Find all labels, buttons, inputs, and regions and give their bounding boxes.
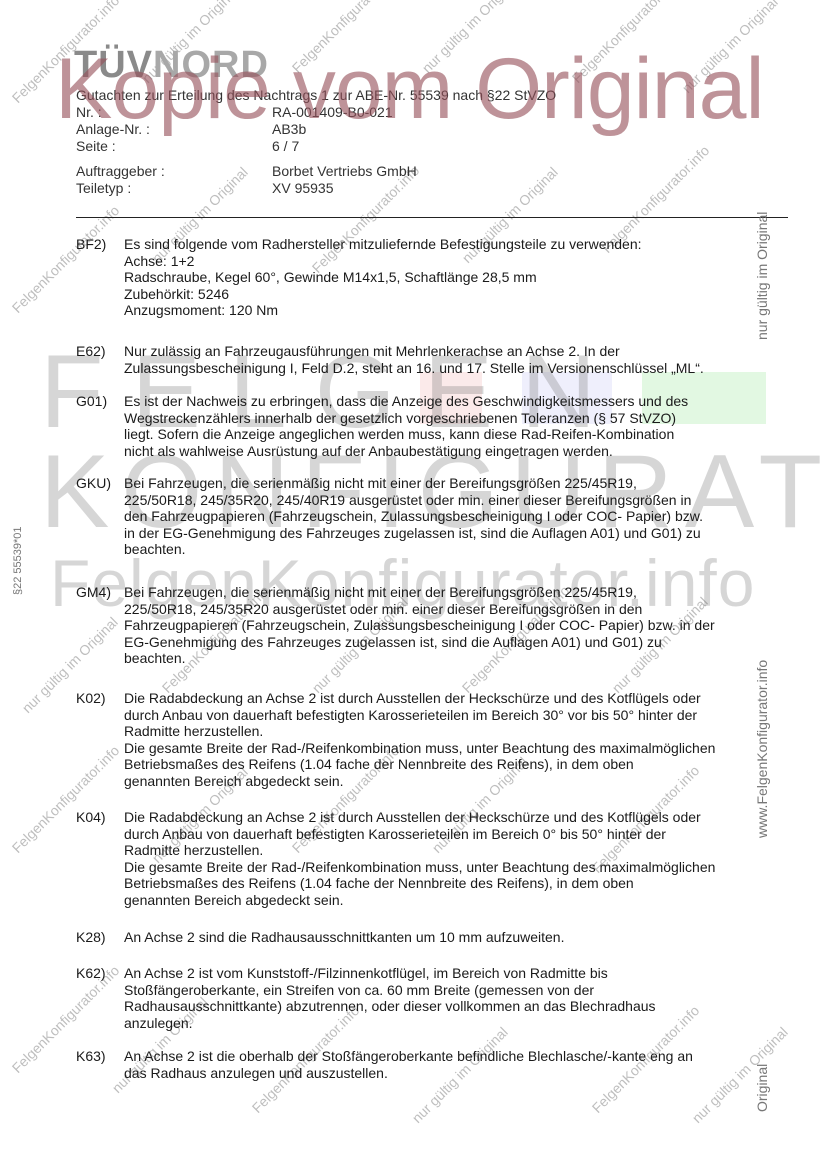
- condition-code: G01): [76, 393, 107, 410]
- condition-line: Zulassungsbescheinigung I, Feld D.2, ste…: [124, 360, 792, 377]
- condition-text: Es sind folgende vom Radhersteller mitzu…: [124, 236, 792, 319]
- condition-line: liegt. Sofern die Anzeige angeglichen we…: [124, 426, 792, 443]
- condition-line: An Achse 2 ist vom Kunststoff-/Filzinnen…: [124, 965, 792, 982]
- condition-text: An Achse 2 ist die oberhalb der Stoßfäng…: [124, 1048, 792, 1081]
- condition-line: den Fahrzeugpapieren (Fahrzeugschein, Zu…: [124, 508, 792, 525]
- condition-line: Die gesamte Breite der Rad-/Reifenkombin…: [124, 859, 792, 876]
- condition-code: K63): [76, 1048, 106, 1065]
- condition-line: Zubehörkit: 5246: [124, 286, 792, 303]
- condition-line: genannten Bereich abgedeckt sein.: [124, 892, 792, 909]
- side-text-mid: www.FelgenKonfigurator.info: [754, 660, 770, 838]
- condition-line: Die Radabdeckung an Achse 2 ist durch Au…: [124, 809, 792, 826]
- condition-line: Betriebsmaßes des Reifens (1.04 fache de…: [124, 756, 792, 773]
- side-reference-text: §22 55539*01: [12, 526, 24, 595]
- condition-line: Radmitte herzustellen.: [124, 723, 792, 740]
- condition-line: Radhausausschnittkante) abzutrennen, ode…: [124, 998, 792, 1015]
- condition-line: Es ist der Nachweis zu erbringen, dass d…: [124, 393, 792, 410]
- condition-code: GM4): [76, 584, 111, 601]
- condition-line: durch Anbau von dauerhaft befestigten Ka…: [124, 826, 792, 843]
- condition-line: Anzugsmoment: 120 Nm: [124, 302, 792, 319]
- condition-line: Betriebsmaßes des Reifens (1.04 fache de…: [124, 875, 792, 892]
- condition-line: Bei Fahrzeugen, die serienmäßig nicht mi…: [124, 584, 792, 601]
- field-value: Borbet Vertriebs GmbH: [272, 163, 417, 179]
- condition-line: Es sind folgende vom Radhersteller mitzu…: [124, 236, 792, 253]
- condition-line: Radmitte herzustellen.: [124, 842, 792, 859]
- condition-text: An Achse 2 sind die Radhausausschnittkan…: [124, 929, 792, 946]
- condition-text: Bei Fahrzeugen, die serienmäßig nicht mi…: [124, 584, 792, 667]
- condition-line: Radschraube, Kegel 60°, Gewinde M14x1,5,…: [124, 269, 792, 286]
- condition-item: E62)Nur zulässig an Fahrzeugausführungen…: [76, 343, 792, 376]
- watermark-stamp: Kopie vom Original: [55, 46, 764, 132]
- condition-item: K02)Die Radabdeckung an Achse 2 ist durc…: [76, 690, 792, 790]
- document-page: FELGEN KONFIGURATOR FelgenKonfigurator.i…: [0, 0, 827, 1169]
- condition-line: anzulegen.: [124, 1015, 792, 1032]
- condition-line: Die Radabdeckung an Achse 2 ist durch Au…: [124, 690, 792, 707]
- condition-code: K28): [76, 929, 106, 946]
- condition-line: in der EG-Genehmigung des Fahrzeuges zug…: [124, 525, 792, 542]
- field-value: XV 95935: [272, 180, 334, 196]
- side-text-bottom: Original: [754, 1064, 770, 1112]
- condition-line: Fahrzeugpapieren (Fahrzeugschein, Zulass…: [124, 617, 792, 634]
- condition-item: K62)An Achse 2 ist vom Kunststoff-/Filzi…: [76, 965, 792, 1031]
- condition-line: An Achse 2 ist die oberhalb der Stoßfäng…: [124, 1048, 792, 1065]
- condition-item: G01)Es ist der Nachweis zu erbringen, da…: [76, 393, 792, 459]
- condition-line: durch Anbau von dauerhaft befestigten Ka…: [124, 707, 792, 724]
- condition-line: EG-Genehmigung des Fahrzeuges zugelassen…: [124, 634, 792, 651]
- condition-line: Achse: 1+2: [124, 253, 792, 270]
- condition-item: K28)An Achse 2 sind die Radhausausschnit…: [76, 929, 792, 946]
- condition-line: Stoßfängeroberkante, ein Streifen von ca…: [124, 982, 792, 999]
- field-label: Auftraggeber :: [76, 163, 165, 179]
- condition-line: Wegstreckenzählers innerhalb der gesetzl…: [124, 410, 792, 427]
- condition-code: BF2): [76, 236, 106, 253]
- condition-line: Bei Fahrzeugen, die serienmäßig nicht mi…: [124, 475, 792, 492]
- condition-item: K63)An Achse 2 ist die oberhalb der Stoß…: [76, 1048, 792, 1081]
- condition-line: das Radhaus anzulegen und auszustellen.: [124, 1065, 792, 1082]
- field-value: 6 / 7: [272, 138, 299, 154]
- condition-line: beachten.: [124, 650, 792, 667]
- condition-text: An Achse 2 ist vom Kunststoff-/Filzinnen…: [124, 965, 792, 1031]
- condition-code: K04): [76, 809, 106, 826]
- condition-text: Die Radabdeckung an Achse 2 ist durch Au…: [124, 809, 792, 909]
- header-divider: [76, 217, 788, 218]
- condition-line: nicht als wahlweise Ausrüstung auf der A…: [124, 443, 792, 460]
- side-text-top: nur gültig im Original: [754, 212, 770, 340]
- condition-code: GKU): [76, 475, 111, 492]
- condition-text: Bei Fahrzeugen, die serienmäßig nicht mi…: [124, 475, 792, 558]
- condition-code: K62): [76, 965, 106, 982]
- condition-line: 225/50R18, 245/35R20, 245/40R19 ausgerüs…: [124, 492, 792, 509]
- field-label: Teiletyp :: [76, 180, 131, 196]
- condition-text: Nur zulässig an Fahrzeugausführungen mit…: [124, 343, 792, 376]
- condition-line: An Achse 2 sind die Radhausausschnittkan…: [124, 929, 792, 946]
- condition-line: genannten Bereich abgedeckt sein.: [124, 773, 792, 790]
- condition-line: Nur zulässig an Fahrzeugausführungen mit…: [124, 343, 792, 360]
- condition-text: Die Radabdeckung an Achse 2 ist durch Au…: [124, 690, 792, 790]
- condition-item: GM4)Bei Fahrzeugen, die serienmäßig nich…: [76, 584, 792, 667]
- condition-code: E62): [76, 343, 106, 360]
- field-label: Seite :: [76, 138, 116, 154]
- condition-code: K02): [76, 690, 106, 707]
- condition-line: 225/50R18, 245/35R20 ausgerüstet oder mi…: [124, 601, 792, 618]
- condition-line: Die gesamte Breite der Rad-/Reifenkombin…: [124, 740, 792, 757]
- condition-text: Es ist der Nachweis zu erbringen, dass d…: [124, 393, 792, 459]
- condition-line: beachten.: [124, 541, 792, 558]
- condition-item: BF2)Es sind folgende vom Radhersteller m…: [76, 236, 792, 319]
- condition-item: GKU)Bei Fahrzeugen, die serienmäßig nich…: [76, 475, 792, 558]
- condition-item: K04)Die Radabdeckung an Achse 2 ist durc…: [76, 809, 792, 909]
